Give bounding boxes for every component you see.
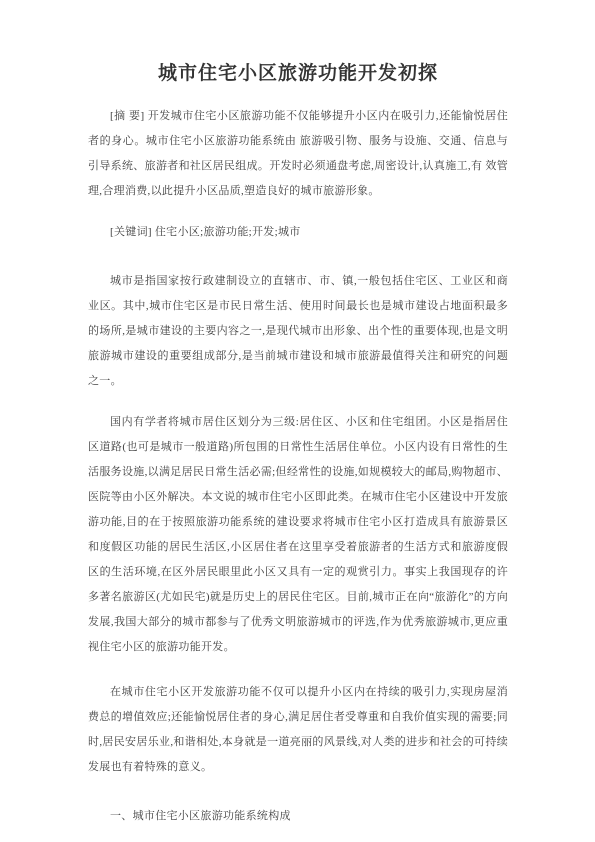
body-paragraph-1: 城市是指国家按行政建制设立的直辖市、市、镇,一般包括住宅区、工业区和商业区。其中… — [88, 269, 508, 394]
body-paragraph-2: 国内有学者将城市居住区划分为三级:居住区、小区和住宅组团。小区是指居住区道路(也… — [88, 410, 508, 660]
keywords-line: [关键词] 住宅小区;旅游功能;开发;城市 — [88, 220, 508, 245]
document-page: 城市住宅小区旅游功能开发初探 [摘 要] 开发城市住宅小区旅游功能不仅能够提升小… — [0, 0, 595, 842]
abstract-paragraph: [摘 要] 开发城市住宅小区旅游功能不仅能够提升小区内在吸引力,还能愉悦居住者的… — [88, 104, 508, 204]
page-title: 城市住宅小区旅游功能开发初探 — [88, 60, 508, 88]
body-paragraph-3: 在城市住宅小区开发旅游功能不仅可以提升小区内在持续的吸引力,实现房屋消费总的增值… — [88, 680, 508, 780]
section-heading: 一、城市住宅小区旅游功能系统构成 — [88, 804, 508, 829]
